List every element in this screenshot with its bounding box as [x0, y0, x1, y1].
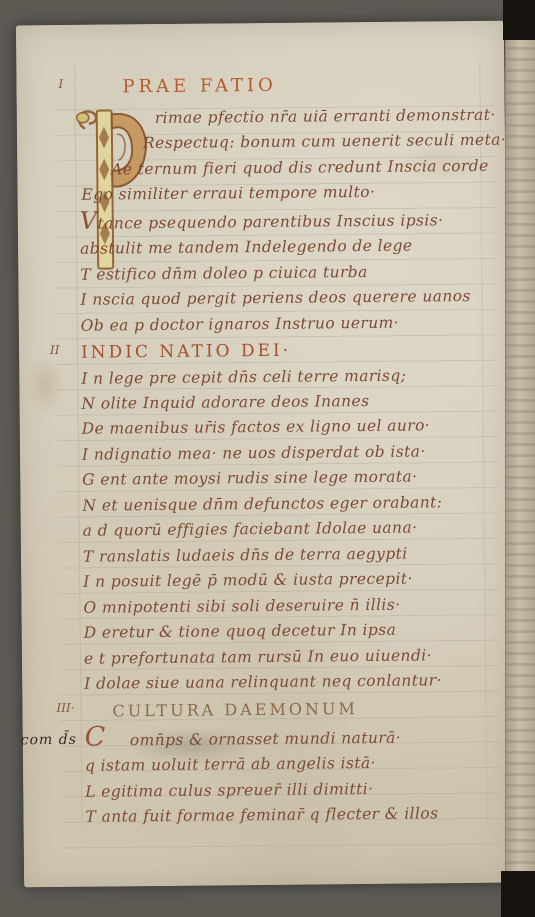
manuscript-page: I II III· com d̄s PRAE FATIO rimae pfect… [16, 21, 512, 888]
margin-numeral-2: II [50, 343, 60, 357]
margin-gloss: com d̄s [21, 732, 77, 749]
manuscript-line: Vtance psequendo parentibus Inscius ipsi… [80, 205, 502, 238]
manuscript-line: T anta fuit formae feminar̄ q flecter & … [85, 801, 507, 831]
margin-numeral-1: I [58, 77, 63, 91]
manuscript-line: Respectuq: bonum cum uenerit seculi meta… [79, 128, 501, 158]
backdrop-corner-top [503, 0, 535, 40]
text-block: PRAE FATIO rimae pfectio nr̄a uiā erran… [78, 71, 507, 831]
manuscript-line: I dolae siue uana relinquant neq conlant… [84, 668, 506, 698]
manuscript-line: Ae ternum fieri quod dis credunt Inscia … [79, 154, 501, 184]
manuscript-line: Ob ea p doctor ignaros Instruo uerum· [81, 309, 503, 339]
margin-numeral-3: III· [56, 701, 74, 715]
manuscript-line: I nscia quod pergit periens deos querere… [80, 284, 502, 314]
folio-fore-edge [505, 36, 535, 875]
backdrop-corner-bottom [501, 871, 535, 917]
manuscript-line: N et uenisque dn̄m defunctos eger oraban… [82, 489, 504, 519]
manuscript-line: C omn̄ps & ornasset mundi naturā· [85, 721, 507, 755]
rubric-praefatio: PRAE FATIO [78, 71, 500, 101]
